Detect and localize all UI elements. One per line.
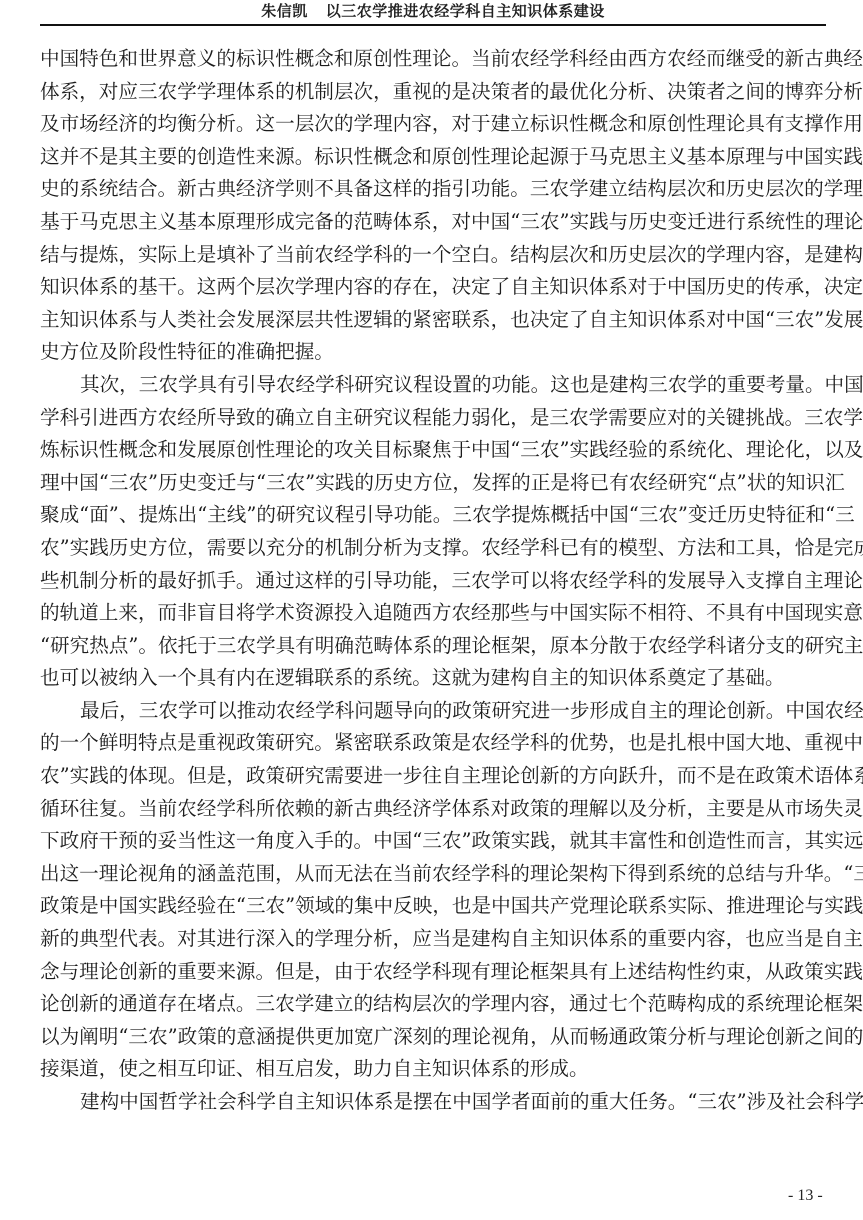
text-line: 知识体系的基干。这两个层次学理内容的存在，决定了自主知识体系对于中国历史的传承，… <box>40 271 826 304</box>
text-line: 些机制分析的最好抓手。通过这样的引导功能，三农学可以将农经学科的发展导入支撑自主… <box>40 565 826 598</box>
paragraph: 其次，三农学具有引导农经学科研究议程设置的功能。这也是建构三农学的重要考量。中国… <box>40 369 826 695</box>
text-line: 政策是中国实践经验在“三农”领域的集中反映，也是中国共产党理论联系实际、推进理论… <box>40 890 826 923</box>
paragraph: 最后，三农学可以推动农经学科问题导向的政策研究进一步形成自主的理论创新。中国农经… <box>40 695 826 1086</box>
text-line: 农”实践的体现。但是，政策研究需要进一步往自主理论创新的方向跃升，而不是在政策术… <box>40 760 826 793</box>
text-line: 论创新的通道存在堵点。三农学建立的结构层次的学理内容，通过七个范畴构成的系统理论… <box>40 988 826 1021</box>
text-line: 聚成“面”、提炼出“主线”的研究议程引导功能。三农学提炼概括中国“三农”变迁历史… <box>40 499 826 532</box>
text-line: 炼标识性概念和发展原创性理论的攻关目标聚焦于中国“三农”实践经验的系统化、理论化… <box>40 434 826 467</box>
article-body: 中国特色和世界意义的标识性概念和原创性理论。当前农经学科经由西方农经而继受的新古… <box>40 43 826 1119</box>
text-line: 以为阐明“三农”政策的意涵提供更加宽广深刻的理论视角，从而畅通政策分析与理论创新… <box>40 1021 826 1054</box>
page-number: - 13 - <box>788 1187 823 1205</box>
text-line: 农”实践历史方位，需要以充分的机制分析为支撑。农经学科已有的模型、方法和工具，恰… <box>40 532 826 565</box>
text-line: 史方位及阶段性特征的准确把握。 <box>40 336 826 369</box>
text-line: 新的典型代表。对其进行深入的学理分析，应当是建构自主知识体系的重要内容，也应当是… <box>40 923 826 956</box>
text-line: 的一个鲜明特点是重视政策研究。紧密联系政策是农经学科的优势，也是扎根中国大地、重… <box>40 727 826 760</box>
text-line: 理中国“三农”历史变迁与“三农”实践的历史方位，发挥的正是将已有农经研究“点”状… <box>40 467 826 500</box>
text-line: 循环往复。当前农经学科所依赖的新古典经济学体系对政策的理解以及分析，主要是从市场… <box>40 793 826 826</box>
text-line: 及市场经济的均衡分析。这一层次的学理内容，对于建立标识性概念和原创性理论具有支撑… <box>40 108 826 141</box>
paragraph: 建构中国哲学社会科学自主知识体系是摆在中国学者面前的重大任务。“三农”涉及社会科… <box>40 1086 826 1119</box>
paragraph: 中国特色和世界意义的标识性概念和原创性理论。当前农经学科经由西方农经而继受的新古… <box>40 43 826 369</box>
running-header: 朱信凯以三农学推进农经学科自主知识体系建设 <box>40 0 826 26</box>
text-line: 接渠道，使之相互印证、相互启发，助力自主知识体系的形成。 <box>40 1053 826 1086</box>
text-line: 史的系统结合。新古典经济学则不具备这样的指引功能。三农学建立结构层次和历史层次的… <box>40 173 826 206</box>
header-author: 朱信凯 <box>261 2 308 20</box>
text-line: 的轨道上来，而非盲目将学术资源投入追随西方农经那些与中国实际不相符、不具有中国现… <box>40 597 826 630</box>
text-line: 建构中国哲学社会科学自主知识体系是摆在中国学者面前的重大任务。“三农”涉及社会科… <box>40 1086 826 1119</box>
text-line: 也可以被纳入一个具有内在逻辑联系的系统。这就为建构自主的知识体系奠定了基础。 <box>40 662 826 695</box>
text-line: 主知识体系与人类社会发展深层共性逻辑的紧密联系，也决定了自主知识体系对中国“三农… <box>40 304 826 337</box>
text-line: 其次，三农学具有引导农经学科研究议程设置的功能。这也是建构三农学的重要考量。中国… <box>40 369 826 402</box>
text-line: 体系，对应三农学学理体系的机制层次，重视的是决策者的最优化分析、决策者之间的博弈… <box>40 76 826 109</box>
text-line: 出这一理论视角的涵盖范围，从而无法在当前农经学科的理论架构下得到系统的总结与升华… <box>40 858 826 891</box>
text-line: 中国特色和世界意义的标识性概念和原创性理论。当前农经学科经由西方农经而继受的新古… <box>40 43 826 76</box>
text-line: 结与提炼，实际上是填补了当前农经学科的一个空白。结构层次和历史层次的学理内容，是… <box>40 239 826 272</box>
text-line: “研究热点”。依托于三农学具有明确范畴体系的理论框架，原本分散于农经学科诸分支的… <box>40 630 826 663</box>
text-line: 学科引进西方农经所导致的确立自主研究议程能力弱化，是三农学需要应对的关键挑战。三… <box>40 402 826 435</box>
text-line: 下政府干预的妥当性这一角度入手的。中国“三农”政策实践，就其丰富性和创造性而言，… <box>40 825 826 858</box>
text-line: 念与理论创新的重要来源。但是，由于农经学科现有理论框架具有上述结构性约束，从政策… <box>40 956 826 989</box>
text-line: 这并不是其主要的创造性来源。标识性概念和原创性理论起源于马克思主义基本原理与中国… <box>40 141 826 174</box>
text-line: 最后，三农学可以推动农经学科问题导向的政策研究进一步形成自主的理论创新。中国农经… <box>40 695 826 728</box>
text-line: 基于马克思主义基本原理形成完备的范畴体系，对中国“三农”实践与历史变迁进行系统性… <box>40 206 826 239</box>
header-title: 以三农学推进农经学科自主知识体系建设 <box>326 2 605 20</box>
